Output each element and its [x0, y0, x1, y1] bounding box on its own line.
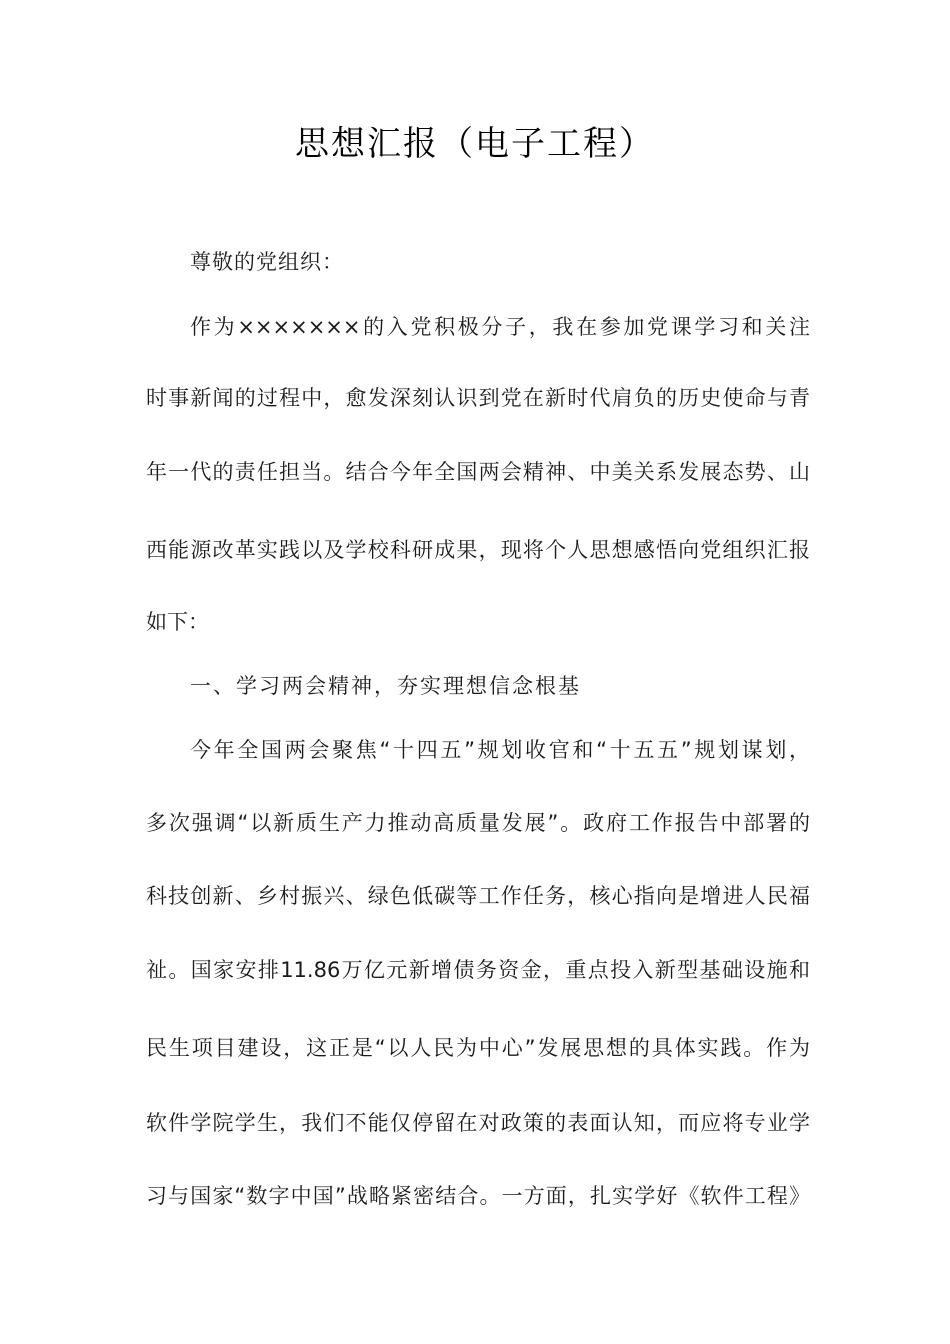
section-heading: 一、学习两会精神，夯实理想信念根基: [190, 671, 581, 701]
paragraph-line: 如下：: [146, 607, 810, 637]
paragraph-line: 祉。国家安排11.86万亿元新增债务资金，重点投入新型基础设施和: [146, 955, 810, 985]
paragraph-line: 民生项目建设，这正是“以人民为中心”发展思想的具体实践。作为: [146, 1033, 810, 1063]
paragraph-line: 西能源改革实践以及学校科研成果，现将个人思想感悟向党组织汇报: [146, 535, 810, 565]
paragraph-line: 多次强调“以新质生产力推动高质量发展”。政府工作报告中部署的: [146, 808, 810, 838]
paragraph-line: 年一代的责任担当。结合今年全国两会精神、中美关系发展态势、山: [146, 457, 810, 487]
paragraph-line: 今年全国两会聚焦“十四五”规划收官和“十五五”规划谋划，: [190, 735, 810, 765]
document-title: 思想汇报（电子工程）: [0, 122, 950, 166]
paragraph-line: 科技创新、乡村振兴、绿色低碳等工作任务，核心指向是增进人民福: [146, 881, 810, 911]
paragraph-line: 时事新闻的过程中，愈发深刻认识到党在新时代肩负的历史使命与青: [146, 383, 810, 413]
paragraph-line: 习与国家“数字中国”战略紧密结合。一方面，扎实学好《软件工程》: [146, 1181, 810, 1211]
document-page: 思想汇报（电子工程） 尊敬的党组织： 作为×××××××的入党积极分子，我在参加…: [0, 0, 950, 1344]
paragraph-line: 作为×××××××的入党积极分子，我在参加党课学习和关注: [190, 312, 810, 342]
paragraph-line: 软件学院学生，我们不能仅停留在对政策的表面认知，而应将专业学: [146, 1108, 810, 1138]
salutation: 尊敬的党组织：: [190, 247, 344, 277]
